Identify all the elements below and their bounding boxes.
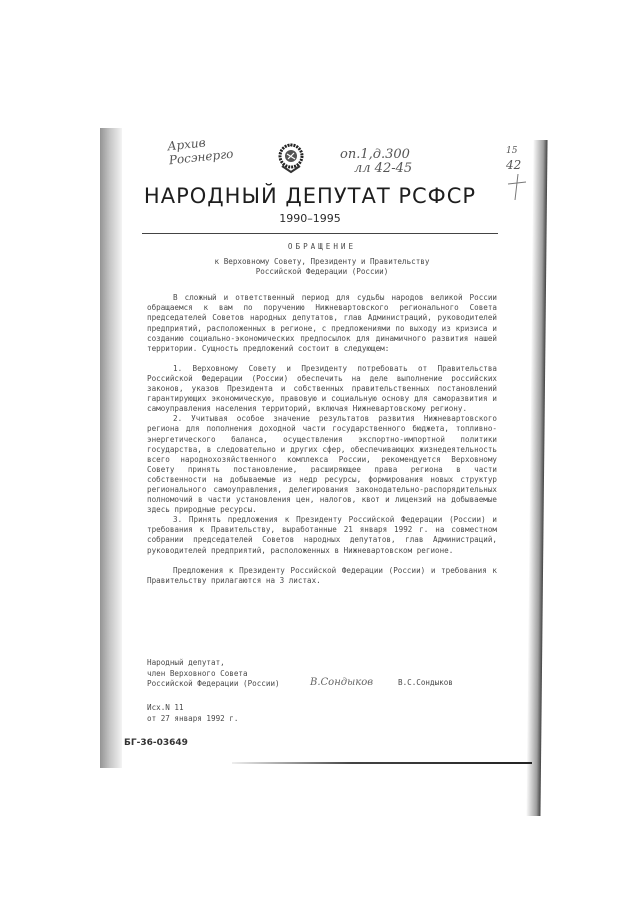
document-heading: ОБРАЩЕНИЕ — [147, 242, 497, 252]
paragraph-attachment: Предложения к Президенту Российской Феде… — [147, 566, 497, 586]
handwritten-signature: В.Сондыков — [310, 677, 373, 688]
outgoing-date: от 27 января 1992 г. — [147, 714, 238, 725]
handwritten-folio-number: 15 42 — [506, 144, 521, 172]
letterhead-title: НАРОДНЫЙ ДЕПУТАТ РСФСР — [0, 184, 628, 208]
paragraph-item-2: 2. Учитывая особое значение результатов … — [147, 414, 497, 515]
letterhead-rule — [142, 233, 498, 234]
paragraph-item-3: 3. Принять предложения к Президенту Росс… — [147, 515, 497, 555]
document-addressee: к Верховному Совету, Президенту и Правит… — [147, 257, 497, 277]
letterhead-years: 1990–1995 — [0, 212, 628, 225]
scan-bottom-edge — [232, 762, 532, 764]
signatory-name: В.С.Сондыков — [398, 678, 453, 687]
handwritten-reference-note: оп.1,д.300 лл 42-45 — [340, 148, 412, 176]
document-body: ОБРАЩЕНИЕ к Верховному Совету, Президент… — [147, 242, 497, 586]
rsfsr-coat-of-arms-icon — [276, 142, 306, 174]
paragraph-intro: В сложный и ответственный период для суд… — [147, 293, 497, 354]
outgoing-reference: Исх.N 11 от 27 января 1992 г. — [147, 703, 238, 724]
archive-stamp: БГ-36-03649 — [124, 738, 188, 748]
outgoing-number: Исх.N 11 — [147, 703, 238, 714]
signatory-title: Народный депутат, член Верховного Совета… — [147, 658, 280, 690]
paragraph-item-1: 1. Верховному Совету и Президенту потреб… — [147, 364, 497, 414]
